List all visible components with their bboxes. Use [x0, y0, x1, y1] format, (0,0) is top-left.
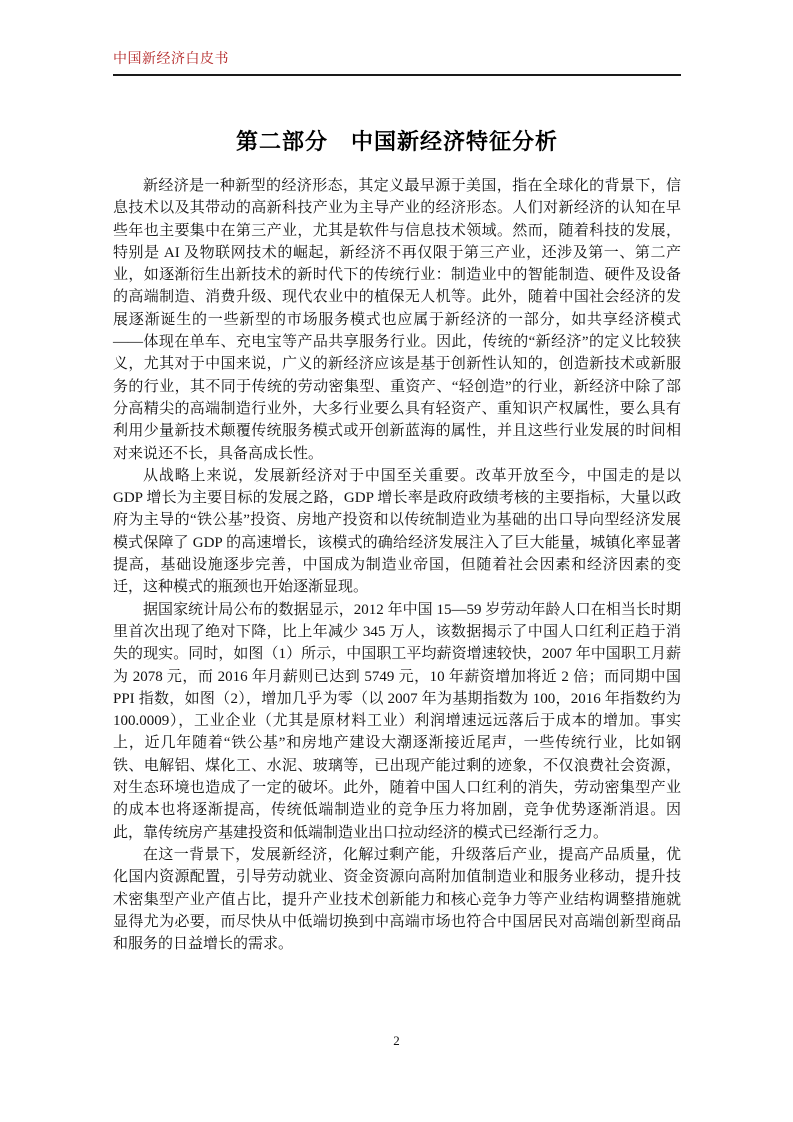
- section-title: 第二部分 中国新经济特征分析: [113, 125, 681, 156]
- body-paragraph: 新经济是一种新型的经济形态，其定义最早源于美国，指在全球化的背景下，信息技术以及…: [113, 175, 681, 465]
- body-paragraph: 据国家统计局公布的数据显示，2012 年中国 15—59 岁劳动年龄人口在相当长…: [113, 599, 681, 844]
- body-paragraph: 从战略上来说，发展新经济对于中国至关重要。改革开放至今，中国走的是以 GDP 增…: [113, 465, 681, 599]
- body-paragraph: 在这一背景下，发展新经济，化解过剩产能，升级落后产业，提高产品质量，优化国内资源…: [113, 844, 681, 955]
- document-body: 新经济是一种新型的经济形态，其定义最早源于美国，指在全球化的背景下，信息技术以及…: [113, 175, 681, 955]
- page-number: 2: [0, 1033, 793, 1049]
- running-header: 中国新经济白皮书: [113, 50, 681, 76]
- document-page: 中国新经济白皮书 第二部分 中国新经济特征分析 新经济是一种新型的经济形态，其定…: [0, 0, 793, 1122]
